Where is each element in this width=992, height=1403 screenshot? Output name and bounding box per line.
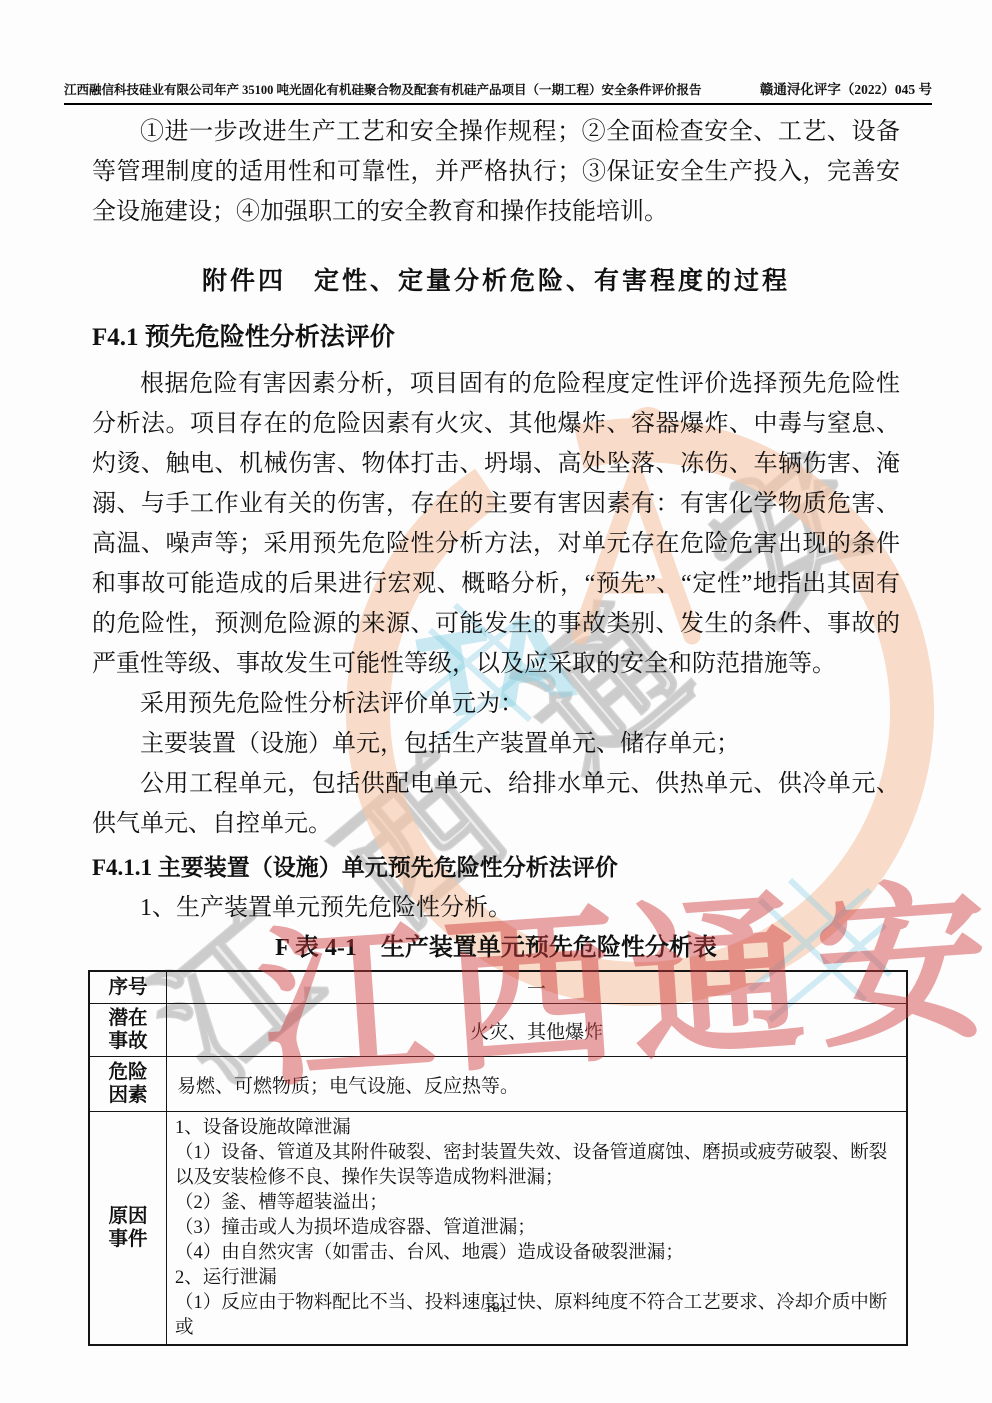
table-row: 危险 因素 易燃、可燃物质；电气设施、反应热等。 bbox=[89, 1057, 907, 1112]
document-number: 赣通浔化评字（2022）045 号 bbox=[760, 78, 932, 98]
paragraph-utility-units: 公用工程单元，包括供配电单元、给排水单元、供热单元、供冷单元、供气单元、自控单元… bbox=[92, 764, 900, 844]
row-label-potential-accident: 潜在 事故 bbox=[89, 1004, 167, 1057]
section-heading-f41: F4.1 预先危险性分析法评价 bbox=[92, 318, 900, 358]
attachment-heading: 附件四 定性、定量分析危险、有害程度的过程 bbox=[92, 262, 900, 302]
cell-potential-accident: 火灾、其他爆炸 bbox=[167, 1004, 908, 1057]
section-heading-f411: F4.1.1 主要装置（设施）单元预先危险性分析法评价 bbox=[92, 848, 900, 888]
paragraph-list-item-1: 1、生产装置单元预先危险性分析。 bbox=[92, 888, 900, 928]
paragraph-measures: ①进一步改进生产工艺和安全操作规程；②全面检查安全、工艺、设备等管理制度的适用性… bbox=[92, 112, 900, 232]
cell-serial-value: 一 bbox=[167, 971, 908, 1004]
table-row: 序号 一 bbox=[89, 971, 907, 1004]
cell-hazard-factors: 易燃、可燃物质；电气设施、反应热等。 bbox=[167, 1057, 908, 1112]
row-label-serial: 序号 bbox=[89, 971, 167, 1004]
row-label-hazard-factors: 危险 因素 bbox=[89, 1057, 167, 1112]
paragraph-unit-lead-in: 采用预先危险性分析法评价单元为： bbox=[92, 684, 900, 724]
paragraph-main-units: 主要装置（设施）单元，包括生产装置单元、储存单元； bbox=[92, 724, 900, 764]
table-caption: F 表 4-1 生产装置单元预先危险性分析表 bbox=[92, 928, 900, 968]
paragraph-analysis-intro: 根据危险有害因素分析，项目固有的危险程度定性评价选择预先危险性分析法。项目存在的… bbox=[92, 364, 900, 684]
page-number: 181 bbox=[0, 1300, 992, 1317]
page-header: 江西融信科技硅业有限公司年产 35100 吨光固化有机硅聚合物及配套有机硅产品项… bbox=[64, 78, 932, 105]
hazard-analysis-table: 序号 一 潜在 事故 火灾、其他爆炸 危险 因素 易燃、可燃物质；电气设施、反应… bbox=[88, 970, 908, 1346]
table-row: 潜在 事故 火灾、其他爆炸 bbox=[89, 1004, 907, 1057]
document-page: 江西通安 TA 江西融信科技硅业有限公司年产 35100 吨光固化有机硅聚合物及… bbox=[0, 0, 992, 1403]
document-body: ①进一步改进生产工艺和安全操作规程；②全面检查安全、工艺、设备等管理制度的适用性… bbox=[92, 112, 900, 1346]
report-title-header: 江西融信科技硅业有限公司年产 35100 吨光固化有机硅聚合物及配套有机硅产品项… bbox=[64, 80, 702, 98]
